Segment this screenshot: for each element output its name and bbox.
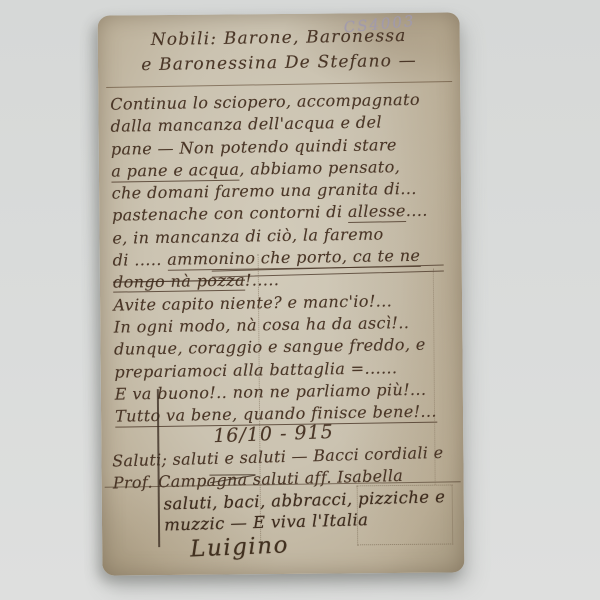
heading-line-2: e Baronessina De Stefano —: [98, 48, 460, 79]
body-text: di .....: [113, 250, 168, 270]
heading-rule-line: [106, 81, 452, 88]
underlined-phrase: a pane e acqua: [111, 160, 239, 183]
underlined-phrase: allesse: [348, 202, 406, 224]
photo-backdrop: CS4003 Nobili: Barone, Baronessa e Baron…: [0, 0, 600, 600]
body-text: , abbiamo pensato,: [239, 157, 400, 179]
body-text: ....: [406, 201, 428, 220]
postcard: CS4003 Nobili: Barone, Baronessa e Baron…: [98, 12, 465, 575]
signature: Luigino: [190, 532, 290, 562]
address-heading: Nobili: Barone, Baronessa e Baronessina …: [98, 23, 461, 79]
letter-body: Continua lo sciopero, accompagnato dalla…: [110, 88, 460, 428]
date: 16/10 - 915: [213, 421, 334, 447]
body-text: pastenache con contorni di: [112, 202, 348, 225]
footer-greeting: saluti, baci, abbracci, pizziche e muzzi…: [163, 487, 446, 535]
